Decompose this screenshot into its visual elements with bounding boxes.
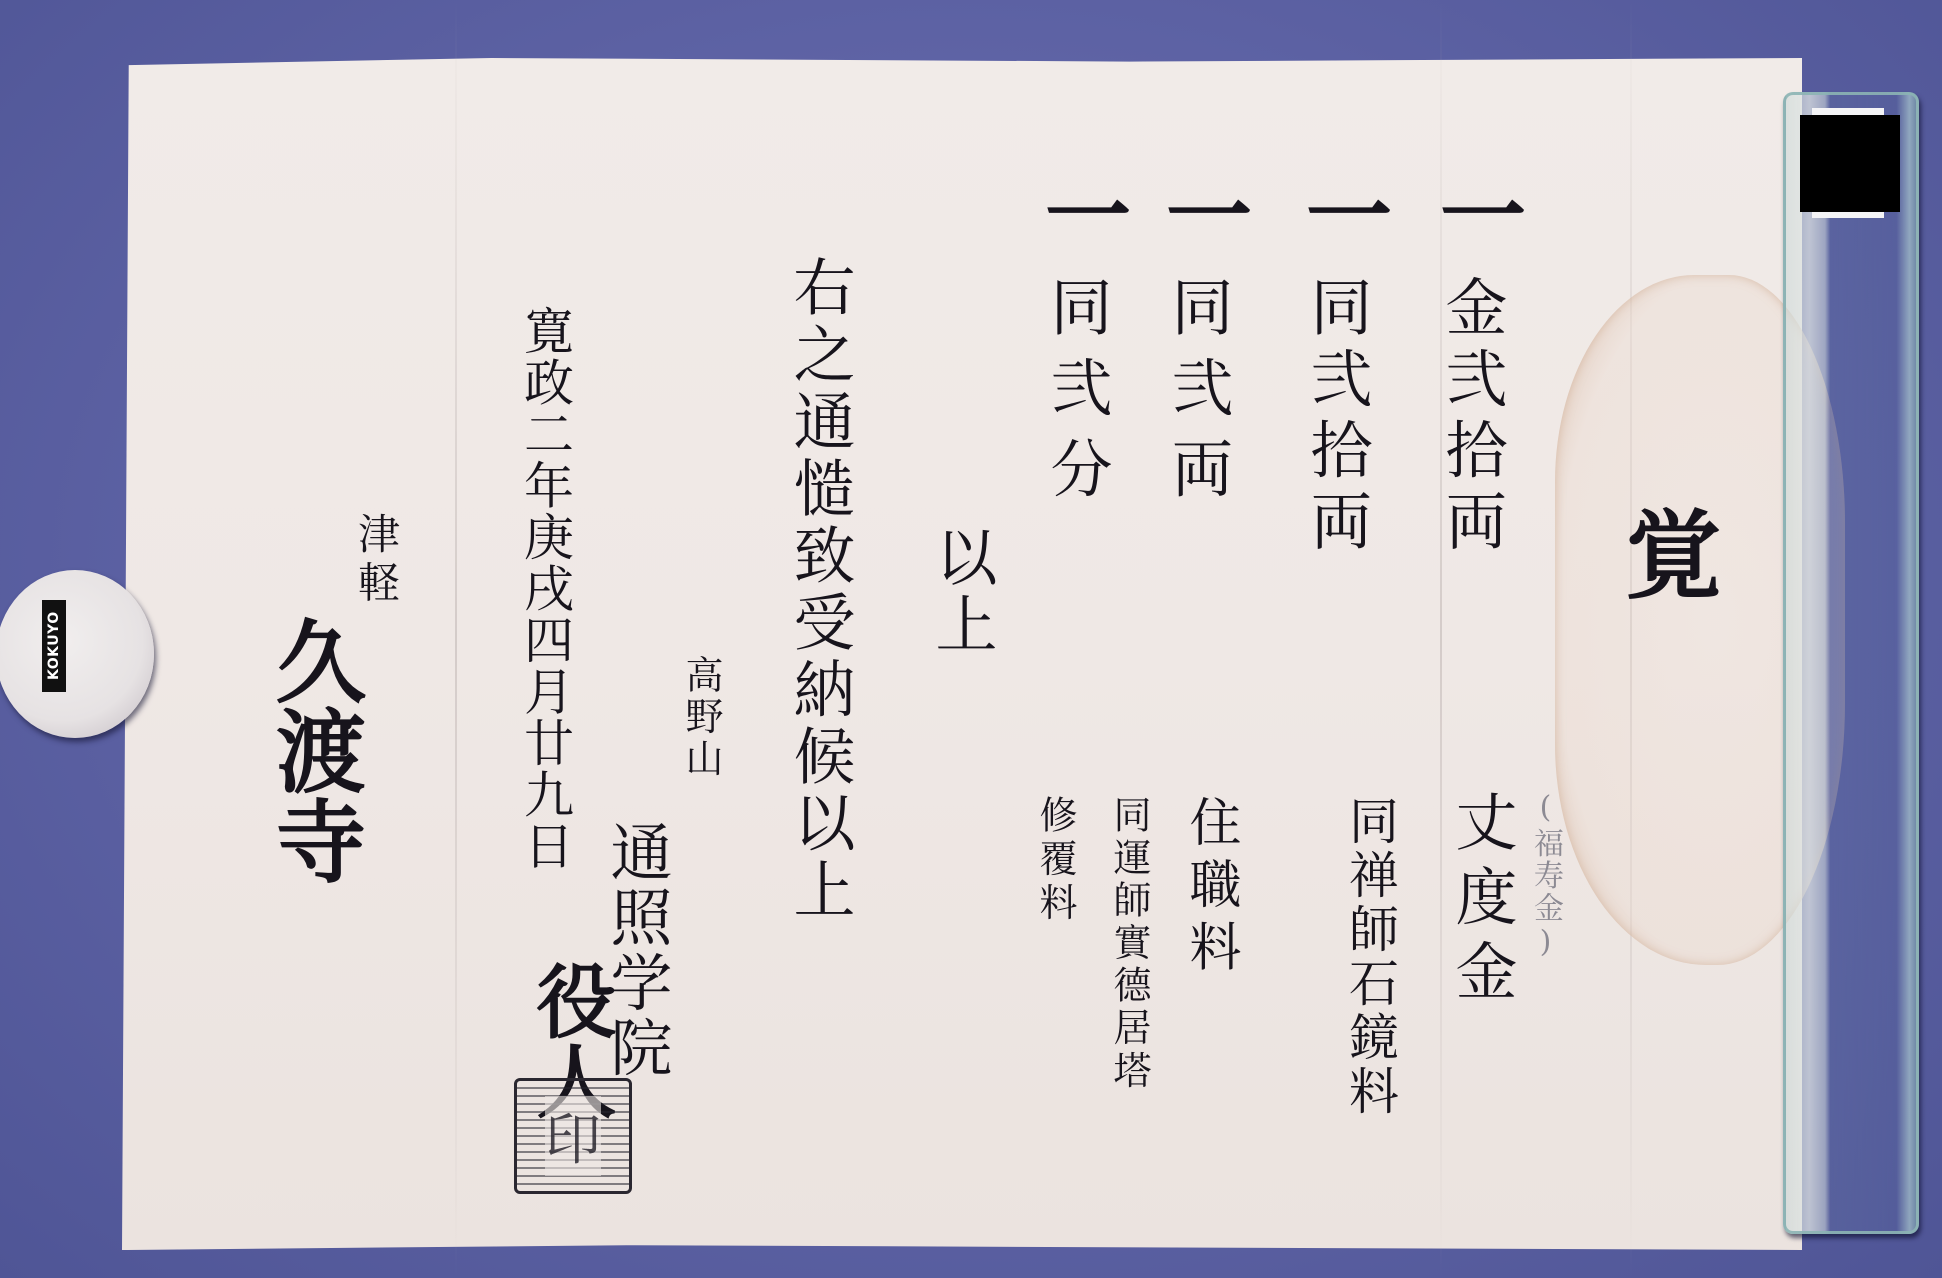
item-2-amount: 同弐拾両 bbox=[1305, 275, 1367, 560]
recipient-region: 津軽 bbox=[355, 512, 397, 609]
recipient-temple: 久渡寺 bbox=[268, 615, 358, 885]
document-title: 覚 bbox=[1618, 505, 1714, 609]
item-4-amount: 同弐分 bbox=[1045, 275, 1107, 517]
glass-ruler bbox=[1783, 92, 1919, 1234]
item-2-marker: 一 bbox=[1298, 170, 1384, 263]
item-4-marker: 一 bbox=[1037, 170, 1123, 263]
seal-glyph: 印 bbox=[545, 1096, 601, 1176]
paper-weight bbox=[0, 570, 154, 738]
item-3-purpose: 住職料 bbox=[1184, 795, 1236, 982]
item-1-amount: 金弐拾両 bbox=[1440, 275, 1502, 560]
red-seal-stamp: 印 bbox=[514, 1078, 632, 1194]
item-1-purpose: 丈度金 bbox=[1450, 790, 1512, 1013]
redaction-box bbox=[1800, 115, 1900, 212]
receipt-statement: 右之通慥致受納候以上 bbox=[788, 255, 850, 925]
item-1-marker: 一 bbox=[1432, 170, 1518, 263]
closing-ijo: 以上 bbox=[930, 525, 992, 659]
document-date: 寛政二年庚戌四月廿九日 bbox=[520, 305, 570, 872]
paper-weight-label: KOKUYO bbox=[42, 600, 66, 692]
item-3-amount: 同弐両 bbox=[1166, 275, 1228, 517]
fold-line bbox=[455, 0, 457, 1278]
item-4-purpose-part-1: 同運師實德居塔 bbox=[1110, 795, 1148, 1093]
item-3-marker: 一 bbox=[1158, 170, 1244, 263]
pencil-annotation: (福寿金) bbox=[1530, 790, 1560, 962]
item-4-purpose-part-2: 修覆料 bbox=[1036, 795, 1074, 926]
item-2-purpose: 同禅師石鏡料 bbox=[1345, 795, 1395, 1119]
issuer-location: 高野山 bbox=[682, 655, 720, 780]
